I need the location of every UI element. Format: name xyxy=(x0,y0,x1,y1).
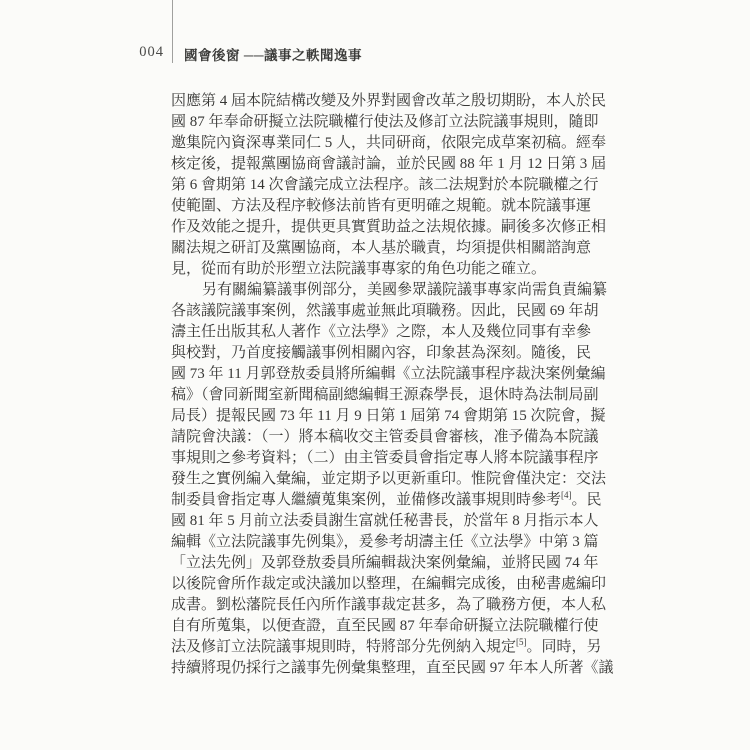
text-line-paragraph-start: 另有關編纂議事例部分，美國參眾議院議事專家尚需負責編纂 xyxy=(171,280,591,301)
header-divider-line xyxy=(172,0,173,63)
text-line: 成書。劉松藩院長任內所作議事裁定甚多，為了職務方便，本人私 xyxy=(171,595,591,616)
text-line: 核定後，提報黨團協商會議討論，並於民國 88 年 1 月 12 日第 3 屆 xyxy=(171,154,591,175)
text-line: 與校對，乃首度接觸議事例相關內容，印象甚為深刻。隨後，民 xyxy=(171,343,591,364)
footnote-ref-5: [5] xyxy=(516,637,527,647)
text-line: 國 73 年 11 月郭登敖委員將所編輯《立法院議事程序裁決案例彙編 xyxy=(171,364,591,385)
text-line: 第 6 會期第 14 次會議完成立法程序。該二法規對於本院職權之行 xyxy=(171,175,591,196)
text-line: 發生之實例編入彙編，並定期予以更新重印。惟院會僅決定：交法 xyxy=(171,469,591,490)
text-line: 以後院會所作裁定或決議加以整理，在編輯完成後，由秘書處編印 xyxy=(171,574,591,595)
text-line: 使範圍、方法及程序較修法前皆有更明確之規範。就本院議事運 xyxy=(171,196,591,217)
text-line: 各該議院議事案例，然議事處並無此項職務。因此，民國 69 年胡 xyxy=(171,301,591,322)
body-text: 因應第 4 屆本院結構改變及外界對國會改革之殷切期盼，本人於民 國 87 年奉命… xyxy=(171,91,591,679)
text-line: 編輯《立法院議事先例集》，爰參考胡濤主任《立法學》中第 3 篇 xyxy=(171,532,591,553)
text-line: 「立法先例」及郭登敖委員所編輯裁決案例彙編，並將民國 74 年 xyxy=(171,553,591,574)
text-line: 持續將現仍採行之議事先例彙集整理，直至民國 97 年本人所著《議 xyxy=(171,658,591,679)
text-line: 國 87 年奉命研擬立法院職權行使法及修訂立法院議事規則，隨即 xyxy=(171,112,591,133)
running-head-title: 國會後窗 ──議事之軼聞逸事 xyxy=(184,44,362,64)
text-line: 稿》（會同新聞室新聞稿副總編輯王源森學長，退休時為法制局副 xyxy=(171,385,591,406)
text-line: 請院會決議：（一）將本稿收交主管委員會審核，准予備為本院議 xyxy=(171,427,591,448)
text-line: 濤主任出版其私人著作《立法學》之際，本人及幾位同事有幸參 xyxy=(171,322,591,343)
footnote-ref-4: [4] xyxy=(561,490,572,500)
text-line: 局長）提報民國 73 年 11 月 9 日第 1 屆第 74 會期第 15 次院… xyxy=(171,406,591,427)
page-number: 004 xyxy=(126,44,164,61)
text-line: 因應第 4 屆本院結構改變及外界對國會改革之殷切期盼，本人於民 xyxy=(171,91,591,112)
text-line: 關法規之研訂及黨團協商，本人基於職責，均須提供相關諮詢意 xyxy=(171,238,591,259)
text-line: 事規則之參考資料；（二）由主管委員會指定專人將本院議事程序 xyxy=(171,448,591,469)
book-page: 004 國會後窗 ──議事之軼聞逸事 因應第 4 屆本院結構改變及外界對國會改革… xyxy=(0,0,750,750)
text-line: 見，從而有助於形塑立法院議事專家的角色功能之確立。 xyxy=(171,259,591,280)
text-line: 法及修訂立法院議事規則時，特將部分先例納入規定[5]。同時，另 xyxy=(171,637,591,658)
text-line: 自有所蒐集，以便查證，直至民國 87 年奉命研擬立法院職權行使 xyxy=(171,616,591,637)
text-line: 制委員會指定專人繼續蒐集案例，並備修改議事規則時參考[4]。民 xyxy=(171,490,591,511)
text-line: 作及效能之提升，提供更具實質助益之法規依據。嗣後多次修正相 xyxy=(171,217,591,238)
text-line: 邀集院內資深專業同仁 5 人，共同研商，依限完成草案初稿。經奉 xyxy=(171,133,591,154)
text-line: 國 81 年 5 月前立法委員謝生富就任秘書長，於當年 8 月指示本人 xyxy=(171,511,591,532)
